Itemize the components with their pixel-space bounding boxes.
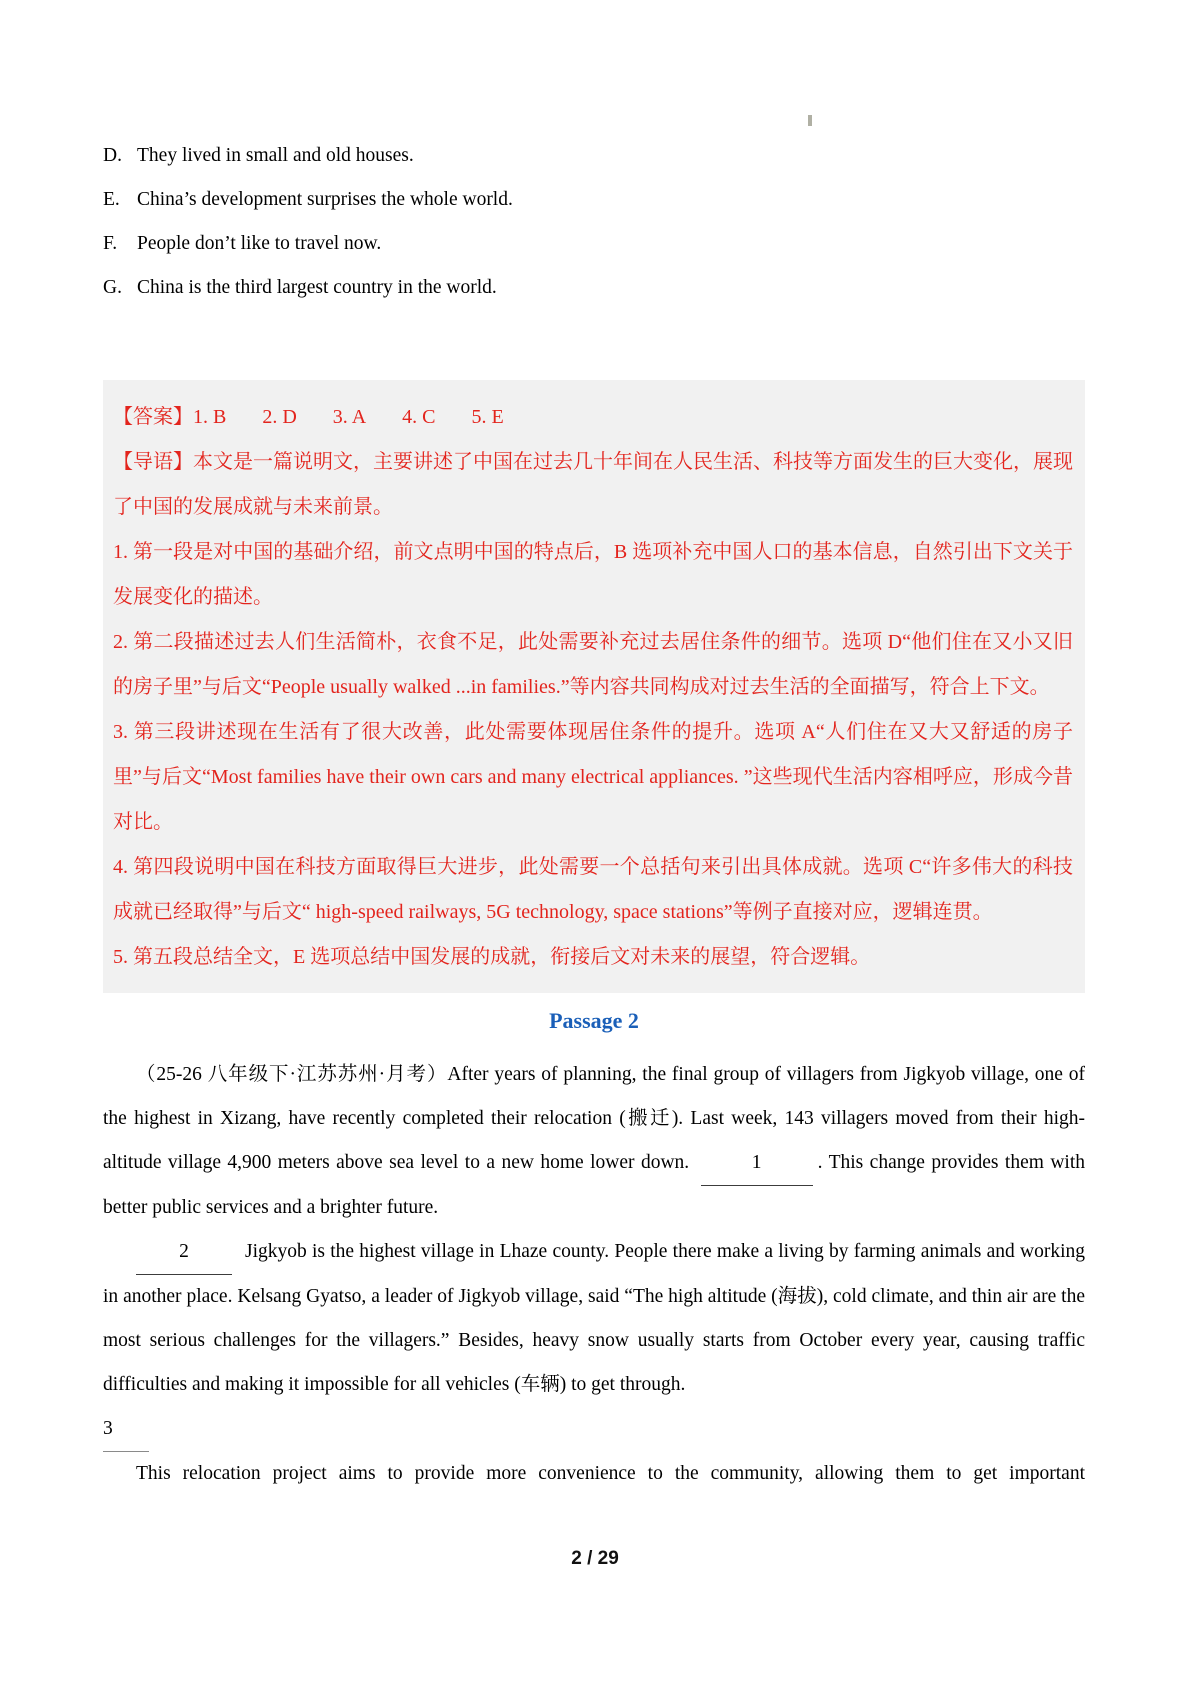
answer-item: 1. B [193, 406, 226, 428]
passage-heading: Passage 2 [103, 1001, 1085, 1041]
answer-item: 2. D [262, 406, 296, 428]
option-text: They lived in small and old houses. [137, 145, 414, 166]
analysis-lead-text: 本文是一篇说明文，主要讲述了中国在过去几十年间在人民生活、科技等方面发生的巨大变… [113, 451, 1073, 518]
page-number: 2 / 29 [0, 1548, 1190, 1570]
option-label: F. [103, 222, 137, 266]
answer-tag: 【答案】 [113, 406, 193, 428]
lead-analysis: 【导语】本文是一篇说明文，主要讲述了中国在过去几十年间在人民生活、科技等方面发生… [113, 440, 1073, 530]
answer-item: 4. C [402, 406, 435, 428]
options-list: D.They lived in small and old houses. E.… [103, 0, 1085, 310]
option-label: D. [103, 134, 137, 178]
analysis-point-3: 3. 第三段讲述现在生活有了很大改善，此处需要体现居住条件的提升。选项 A“人们… [113, 710, 1073, 845]
option-text: China is the third largest country in th… [137, 277, 497, 298]
analysis-tag: 【导语】 [113, 451, 193, 473]
blank-3: 3 [103, 1407, 149, 1452]
blank-3-line: 3 [103, 1407, 1085, 1452]
analysis-point-4: 4. 第四段说明中国在科技方面取得巨大进步，此处需要一个总括句来引出具体成就。选… [113, 845, 1073, 935]
analysis-point-2: 2. 第二段描述过去人们生活简朴，衣食不足，此处需要补充过去居住条件的细节。选项… [113, 620, 1073, 710]
answers-line: 【答案】1. B2. D3. A4. C5. E [113, 395, 1073, 440]
paragraph-2-text: Jigkyob is the highest village in Lhaze … [103, 1241, 1085, 1395]
option-label: E. [103, 178, 137, 222]
page-content: D.They lived in small and old houses. E.… [103, 0, 1085, 1496]
analysis-point-5: 5. 第五段总结全文，E 选项总结中国发展的成就，衔接后文对未来的展望，符合逻辑… [113, 935, 1073, 980]
passage-paragraph-3: This relocation project aims to provide … [103, 1452, 1085, 1496]
option-line-f: F.People don’t like to travel now. [103, 222, 1085, 266]
answer-item: 5. E [471, 406, 503, 428]
option-line-g: G.China is the third largest country in … [103, 266, 1085, 310]
answer-item: 3. A [333, 406, 366, 428]
passage-paragraph-1: （25-26 八年级下·江苏苏州·月考）After years of plann… [103, 1053, 1085, 1230]
option-text: China’s development surprises the whole … [137, 189, 513, 210]
option-text: People don’t like to travel now. [137, 233, 381, 254]
option-label: G. [103, 266, 137, 310]
analysis-point-1: 1. 第一段是对中国的基础介绍，前文点明中国的特点后，B 选项补充中国人口的基本… [113, 530, 1073, 620]
answer-analysis-box: 【答案】1. B2. D3. A4. C5. E 【导语】本文是一篇说明文，主要… [103, 380, 1085, 993]
document-page: D.They lived in small and old houses. E.… [0, 0, 1190, 1683]
option-line-d: D.They lived in small and old houses. [103, 134, 1085, 178]
passage-paragraph-2: 2Jigkyob is the highest village in Lhaze… [103, 1230, 1085, 1407]
option-line-e: E.China’s development surprises the whol… [103, 178, 1085, 222]
blank-2: 2 [136, 1230, 232, 1275]
blank-1: 1 [701, 1141, 813, 1186]
source-tag: （25-26 八年级下·江苏苏州·月考） [136, 1064, 447, 1085]
